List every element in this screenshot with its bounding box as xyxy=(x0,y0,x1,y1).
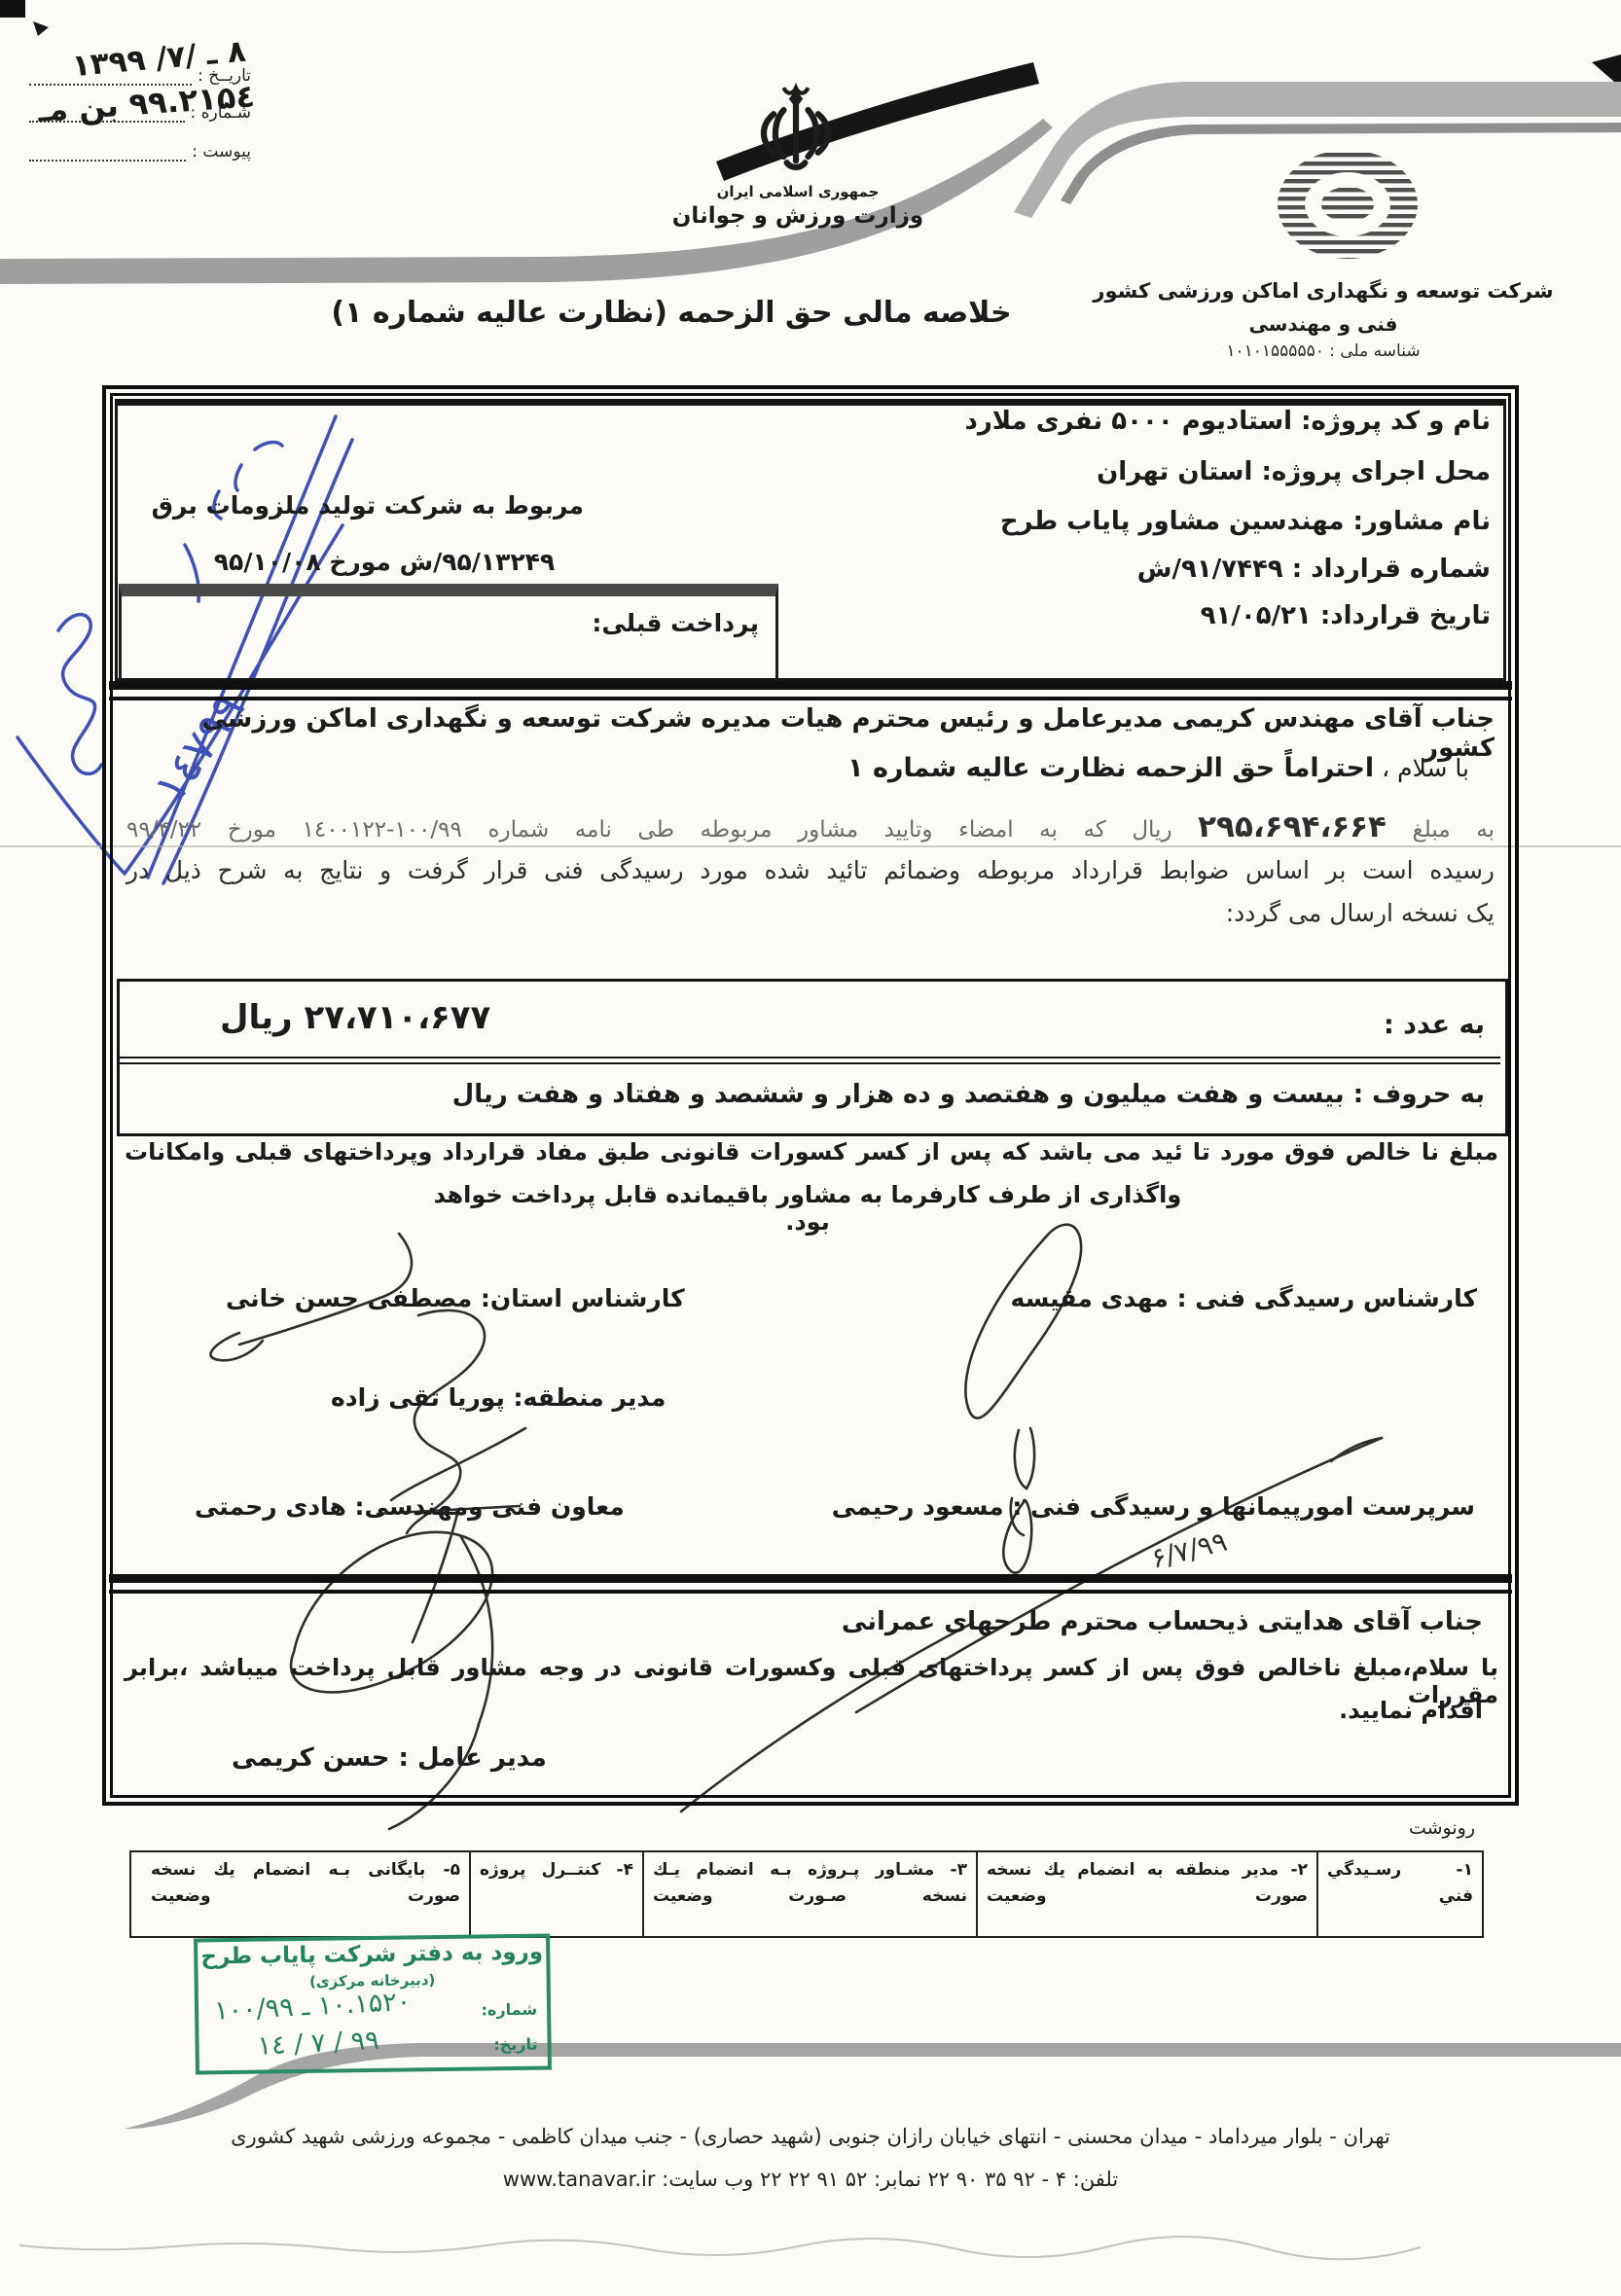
letter-body-line3: یک نسخه ارسال می گردد: xyxy=(126,899,1495,927)
document-title: خلاصه مالی حق الزحمه (نظارت عالیه شماره … xyxy=(243,296,1099,330)
project-name-row: نام و کد پروژه: استادیوم ۵۰۰۰ نفری ملارد xyxy=(965,407,1492,436)
body1-prefix: به مبلغ xyxy=(1387,817,1495,843)
section-divider-bar xyxy=(109,681,1512,690)
salutation-text: با سلام ، xyxy=(1374,754,1469,782)
net-amount-note-line1: مبلغ نا خالص فوق مورد تا ئید می باشد که … xyxy=(125,1138,1498,1166)
section-divider-line xyxy=(109,697,1512,700)
entry-stamp-title: ورود به دفتر شرکت پایاب طرح xyxy=(198,1940,546,1970)
office-entry-stamp: ورود به دفتر شرکت پایاب طرح (دبیرخانه مر… xyxy=(194,1933,552,2074)
letter-subject-line: با سلام ، احتراماً حق الزحمه نظارت عالیه… xyxy=(126,753,1469,783)
department-name: فنی و مهندسی xyxy=(1051,312,1596,336)
consultant-name-row: نام مشاور: مهندسین مشاور پایاب طرح xyxy=(1000,507,1491,536)
region-manager-title: مدیر منطقه: پوریا تقی زاده xyxy=(331,1383,666,1412)
cc-label: رونوشت xyxy=(1409,1817,1475,1839)
cc-item-consultant: ۳- مشـاور پـروژه بـه انضمام یـك نسخه صـو… xyxy=(642,1852,976,1936)
footer-address: تهران - بلوار میرداماد - میدان محسنی - ا… xyxy=(58,2125,1563,2148)
contract-number-row: شماره قرارداد : ۹۱/۷۴۴۹/ش xyxy=(1137,555,1491,584)
attachment-label: پیوست : xyxy=(186,142,251,161)
letterhead-attachment-row: پیوست : xyxy=(29,142,251,161)
net-amount-note-line2: واگذاری از طرف کارفرما به مشاور باقیماند… xyxy=(418,1181,1197,1236)
section-divider-line-2 xyxy=(109,1590,1512,1594)
entry-stamp-date-handwritten: ۹۹ / ۷ / ۱٤ xyxy=(257,2026,379,2062)
entry-stamp-number-label: شماره: xyxy=(481,2000,537,2020)
contract-date-row: تاریخ قرارداد: ۹۱/۰۵/۲۱ xyxy=(1201,601,1491,630)
cc-item-region-manager: ۲- مدیر منطقه به انضمام یك نسخه صورت وضع… xyxy=(976,1852,1316,1936)
cc-item-project-control: ۴- کنتــرل پروژه xyxy=(469,1852,642,1936)
amount-in-words: به حروف : بیست و هفت میلیون و هفتصد و ده… xyxy=(452,1080,1485,1109)
amount-numeric-label: به عدد : xyxy=(1384,1010,1485,1040)
directive-body-line2: اقدام نمایید. xyxy=(1339,1697,1483,1724)
entry-stamp-date-label: تاریخ: xyxy=(493,2035,537,2055)
national-id-line: شناسه ملی : ۱۰۱۰۱۵۵۵۵۵۰ xyxy=(1070,341,1576,361)
directive-recipient-line: جناب آقای هدایتی ذیحساب محترم طرحهای عمر… xyxy=(842,1607,1483,1636)
attachment-dotted-line xyxy=(29,146,186,161)
company-striped-logo xyxy=(1257,144,1438,269)
section-divider-bar-2 xyxy=(109,1574,1512,1583)
province-expert-title: کارشناس استان: مصطفی حسن خانی xyxy=(226,1284,685,1312)
previous-payment-label: پرداخت قبلی: xyxy=(136,609,759,637)
scanned-letter-page: تاریــخ : شـماره : پیوست : ۸ ـ /۷/ ۱۳۹۹ … xyxy=(0,0,1621,2296)
cc-item-archive: ۵- بایگانی بـه انضمام یك نسخه صورت وضعیت xyxy=(142,1852,469,1936)
body1-suffix: ریال که به امضاء وتایید مشاور مربوطه طی … xyxy=(126,817,1198,843)
ministry-title: وزارت ورزش و جوانان xyxy=(652,203,944,229)
project-location-row: محل اجرای پروژه: استان تهران xyxy=(1097,457,1491,486)
contracts-supervisor-title: سرپرست امورپیمانها و رسیدگی فنی : مسعود … xyxy=(832,1492,1475,1521)
republic-title: جمهوری اسلامی ایران xyxy=(681,183,915,200)
footer-phone-web: تلفن: ۴ - ۹۲ ۳۵ ۹۰ ۲۲ نمابر: ۵۲ ۹۱ ۲۲ ۲۲… xyxy=(58,2168,1563,2191)
technical-deputy-title: معاون فنی ومهندسی: هادی رحمتی xyxy=(195,1492,625,1521)
amount-row-divider-top xyxy=(119,1057,1500,1058)
cc-item-review: ۱- رسـیدگي فني xyxy=(1316,1852,1482,1936)
amount-numeric-value: ۲۷،۷۱۰،۶۷۷ ریال xyxy=(220,998,490,1037)
managing-director-signature-title: مدیر عامل : حسن کریمی xyxy=(232,1743,547,1773)
letter-body-line2: رسیده است بر اساس ضوابط قرارداد مربوطه و… xyxy=(126,856,1495,884)
subject-text: احتراماً حق الزحمه نظارت عالیه شماره ۱ xyxy=(847,753,1374,783)
amount-row-divider-bottom xyxy=(119,1062,1500,1064)
related-reference-line: ۹۵/۱۳۲۴۹/ش مورخ ۹۵/۱۰/۰۸ xyxy=(185,548,584,576)
gross-amount-reference: ۲۹۵،۶۹۴،۶۶۴ xyxy=(1198,809,1387,844)
related-company-line: مربوط به شرکت تولید ملزومات برق xyxy=(185,491,584,520)
technical-review-expert-title: کارشناس رسیدگی فنی : مهدی مقیسه xyxy=(1011,1284,1477,1312)
entry-stamp-number-handwritten: ۱۰.۱۵۲۰ ـ ۱۰۰/۹۹ xyxy=(213,1987,412,2027)
company-name: شرکت توسعه و نگهداری اماکن ورزشی کشور xyxy=(1051,279,1596,303)
cc-distribution-table: ۱- رسـیدگي فني ۲- مدیر منطقه به انضمام ی… xyxy=(129,1850,1484,1938)
directive-body-line1: با سلام،مبلغ ناخالص فوق پس از کسر پرداخت… xyxy=(125,1654,1498,1708)
letter-body-line1: به مبلغ ۲۹۵،۶۹۴،۶۶۴ ریال که به امضاء وتا… xyxy=(126,809,1495,844)
iran-national-emblem-icon xyxy=(743,82,848,183)
